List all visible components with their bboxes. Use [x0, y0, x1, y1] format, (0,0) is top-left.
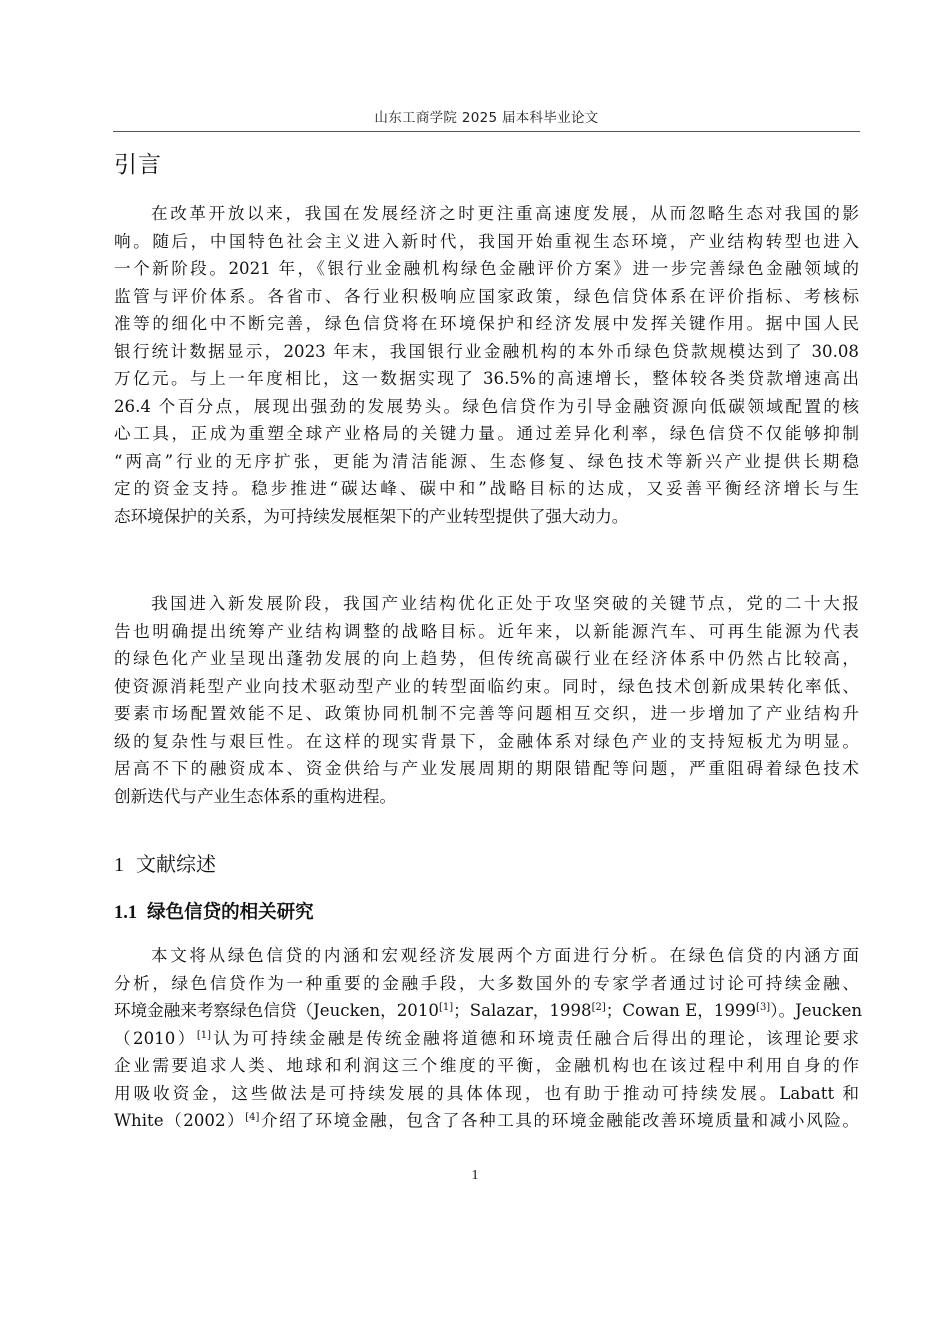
subsection-heading: 1.1绿色信贷的相关研究 [114, 898, 314, 924]
citation-ref: [4] [245, 1112, 259, 1123]
section-number: 1 [114, 854, 124, 876]
text-line: 监管与评价体系。各省市、各行业积极响应国家政策，绿色信贷体系在评价指标、考核标 [114, 283, 859, 311]
text-line: 用吸收资金，这些做法是可持续发展的具体体现，也有助于推动可持续发展。Labatt… [114, 1080, 859, 1108]
text-line: 要素市场配置效能不足、政策协同机制不完善等问题相互交织，进一步增加了产业结构升 [114, 700, 859, 728]
intro-paragraph-1: 在改革开放以来，我国在发展经济之时更注重高速度发展，从而忽略生态对我国的影 响。… [114, 200, 859, 530]
text-line: 告也明确提出统筹产业结构调整的战略目标。近年来，以新能源汽车、可再生能源为代表 [114, 618, 859, 646]
citation-ref: [1] [439, 1002, 453, 1013]
text-line: 的绿色化产业呈现出蓬勃发展的向上趋势，但传统高碳行业在经济体系中仍然占比较高， [114, 645, 859, 673]
section-heading: 1文献综述 [114, 848, 216, 877]
citation-ref: [3] [756, 1002, 770, 1013]
text-line: “两高”行业的无序扩张，更能为清洁能源、生态修复、绿色技术等新兴产业提供长期稳 [114, 448, 859, 476]
text-line: 心工具，正成为重塑全球产业格局的关键力量。通过差异化利率，绿色信贷不仅能够抑制 [114, 420, 859, 448]
text-line: 定的资金支持。稳步推进“碳达峰、碳中和”战略目标的达成，又妥善平衡经济增长与生 [114, 475, 859, 503]
text-line: 银行统计数据显示，2023 年末，我国银行业金融机构的本外币绿色贷款规模达到了 … [114, 338, 859, 366]
citation-ref: [2] [592, 1002, 606, 1013]
subsection-title: 绿色信贷的相关研究 [147, 902, 314, 923]
text-line: 态环境保护的关系，为可持续发展框架下的产业转型提供了强大动力。 [114, 503, 859, 531]
text-span: 介绍了环境金融，包含了各种工具的环境金融能改善环境质量和减小风险。 [259, 1111, 859, 1130]
text-line: 我国进入新发展阶段，我国产业结构优化正处于攻坚突破的关键节点，党的二十大报 [114, 590, 859, 618]
text-span: 环境金融来考察绿色信贷（Jeucken，2010 [114, 1001, 439, 1020]
citation-ref: [1] [197, 1030, 211, 1041]
text-span: （2010） [114, 1029, 197, 1048]
text-line: 在改革开放以来，我国在发展经济之时更注重高速度发展，从而忽略生态对我国的影 [114, 200, 859, 228]
header-rule [113, 131, 860, 132]
text-line: 企业需要追求人类、地球和利润这三个维度的平衡，金融机构也在该过程中利用自身的作 [114, 1052, 859, 1080]
intro-heading: 引言 [114, 146, 162, 179]
text-line: 响。随后，中国特色社会主义进入新时代，我国开始重视生态环境，产业结构转型也进入 [114, 228, 859, 256]
text-span: 认为可持续金融是传统金融将道德和环境责任融合后得出的理论，该理论要求 [211, 1029, 859, 1048]
text-span: White（2002） [114, 1111, 245, 1130]
text-line: 万亿元。与上一年度相比，这一数据实现了 36.5%的高速增长，整体较各类贷款增速… [114, 365, 859, 393]
text-line: 创新迭代与产业生态体系的重构进程。 [114, 783, 859, 811]
subsection-number: 1.1 [114, 903, 137, 923]
text-line: 准等的细化中不断完善，绿色信贷将在环境保护和经济发展中发挥关键作用。据中国人民 [114, 310, 859, 338]
text-span: ）。Jeucken [770, 1001, 862, 1020]
page-number: 1 [0, 1168, 950, 1184]
text-line: 居高不下的融资成本、资金供给与产业发展周期的期限错配等问题，严重阻碍着绿色技术 [114, 755, 859, 783]
text-line-with-citations: （2010）[1]认为可持续金融是传统金融将道德和环境责任融合后得出的理论，该理… [114, 1025, 859, 1053]
text-line: 级的复杂性与艰巨性。在这样的现实背景下，金融体系对绿色产业的支持短板尤为明显。 [114, 728, 859, 756]
text-line: 一个新阶段。2021 年，《银行业金融机构绿色金融评价方案》进一步完善绿色金融领… [114, 255, 859, 283]
text-span: ；Cowan E，1999 [606, 1001, 756, 1020]
text-line: 本文将从绿色信贷的内涵和宏观经济发展两个方面进行分析。在绿色信贷的内涵方面 [114, 942, 859, 970]
intro-paragraph-2: 我国进入新发展阶段，我国产业结构优化正处于攻坚突破的关键节点，党的二十大报 告也… [114, 590, 859, 810]
text-line-with-citations: White（2002）[4]介绍了环境金融，包含了各种工具的环境金融能改善环境质… [114, 1107, 859, 1135]
text-line: 分析，绿色信贷作为一种重要的金融手段，大多数国外的专家学者通过讨论可持续金融、 [114, 970, 859, 998]
section-title: 文献综述 [136, 852, 216, 876]
text-span: ；Salazar，1998 [453, 1001, 591, 1020]
running-header: 山东工商学院 2025 届本科毕业论文 [113, 106, 860, 126]
text-line: 使资源消耗型产业向技术驱动型产业的转型面临约束。同时，绿色技术创新成果转化率低、 [114, 673, 859, 701]
text-line: 26.4 个百分点，展现出强劲的发展势头。绿色信贷作为引导金融资源向低碳领域配置… [114, 393, 859, 421]
text-line-with-citations: 环境金融来考察绿色信贷（Jeucken，2010[1]；Salazar，1998… [114, 997, 859, 1025]
literature-paragraph: 本文将从绿色信贷的内涵和宏观经济发展两个方面进行分析。在绿色信贷的内涵方面 分析… [114, 942, 859, 1135]
